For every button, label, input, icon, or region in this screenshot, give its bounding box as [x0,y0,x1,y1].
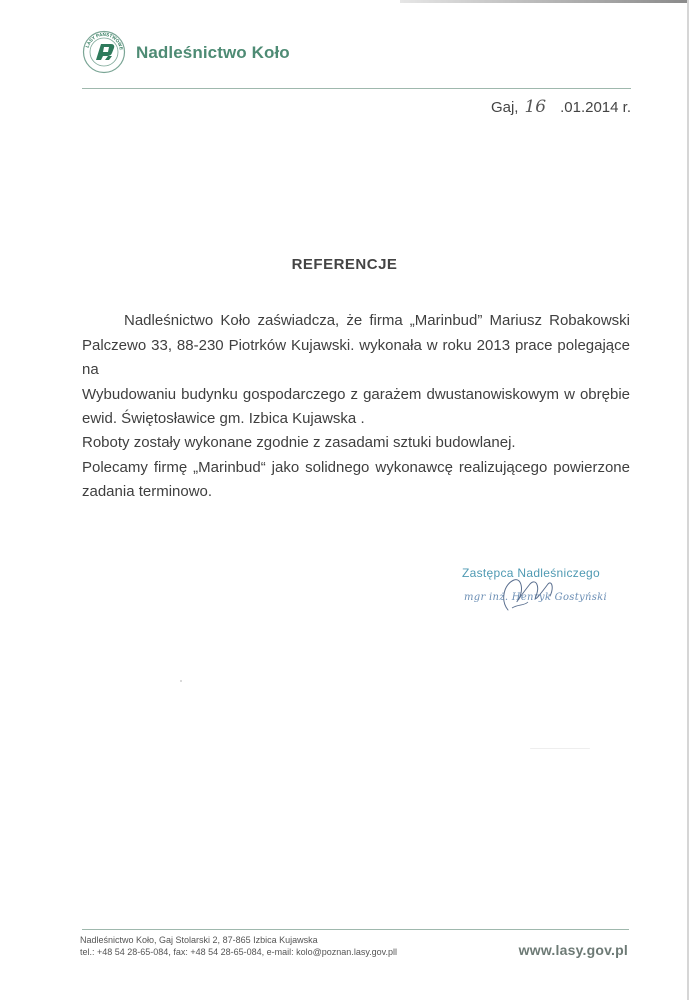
paragraph1-line: Nadleśnictwo Koło zaświadcza, że firma „… [124,312,630,329]
footer-contact-line: tel.: +48 54 28-65-084, fax: +48 54 28-6… [80,947,397,959]
lasy-panstwowe-emblem-icon: LASY PAŃSTWOWE [82,30,126,74]
document-date: Gaj,16.01.2014 r. [491,97,631,117]
paragraph-recommendation: Roboty zostały wykonane zgodnie z zasada… [82,431,630,505]
paragraph1-line: Wybudowaniu budynku gospodarczego z gara… [82,383,630,408]
scan-top-edge [400,0,689,3]
paragraph1-line: ewid. Świętosławice gm. Izbica Kujawska … [82,407,630,432]
footer-address-line: Nadleśnictwo Koło, Gaj Stolarski 2, 87-8… [80,935,397,947]
paragraph2-line: Polecamy firmę „Marinbud“ jako solidnego… [82,456,630,481]
date-rest: .01.2014 r. [560,99,631,116]
paragraph2-line: Roboty zostały wykonane zgodnie z zasada… [82,431,630,456]
scan-speck [180,680,182,682]
footer-divider [82,929,629,930]
footer-address: Nadleśnictwo Koło, Gaj Stolarski 2, 87-8… [80,935,397,958]
date-place: Gaj, [491,99,519,116]
date-handwritten-day: 16 [524,97,546,117]
paragraph-certification: Nadleśnictwo Koło zaświadcza, że firma „… [82,309,630,432]
footer-website: www.lasy.gov.pl [519,942,628,958]
paragraph1-line: Palczewo 33, 88-230 Piotrków Kujawski. w… [82,334,630,383]
header-divider [82,88,631,89]
document-title: REFERENCJE [0,256,689,273]
handwritten-signature-icon [478,570,568,620]
org-name: Nadleśnictwo Koło [136,43,290,63]
scan-speck [530,748,590,749]
paragraph2-line: zadania terminowo. [82,480,630,505]
